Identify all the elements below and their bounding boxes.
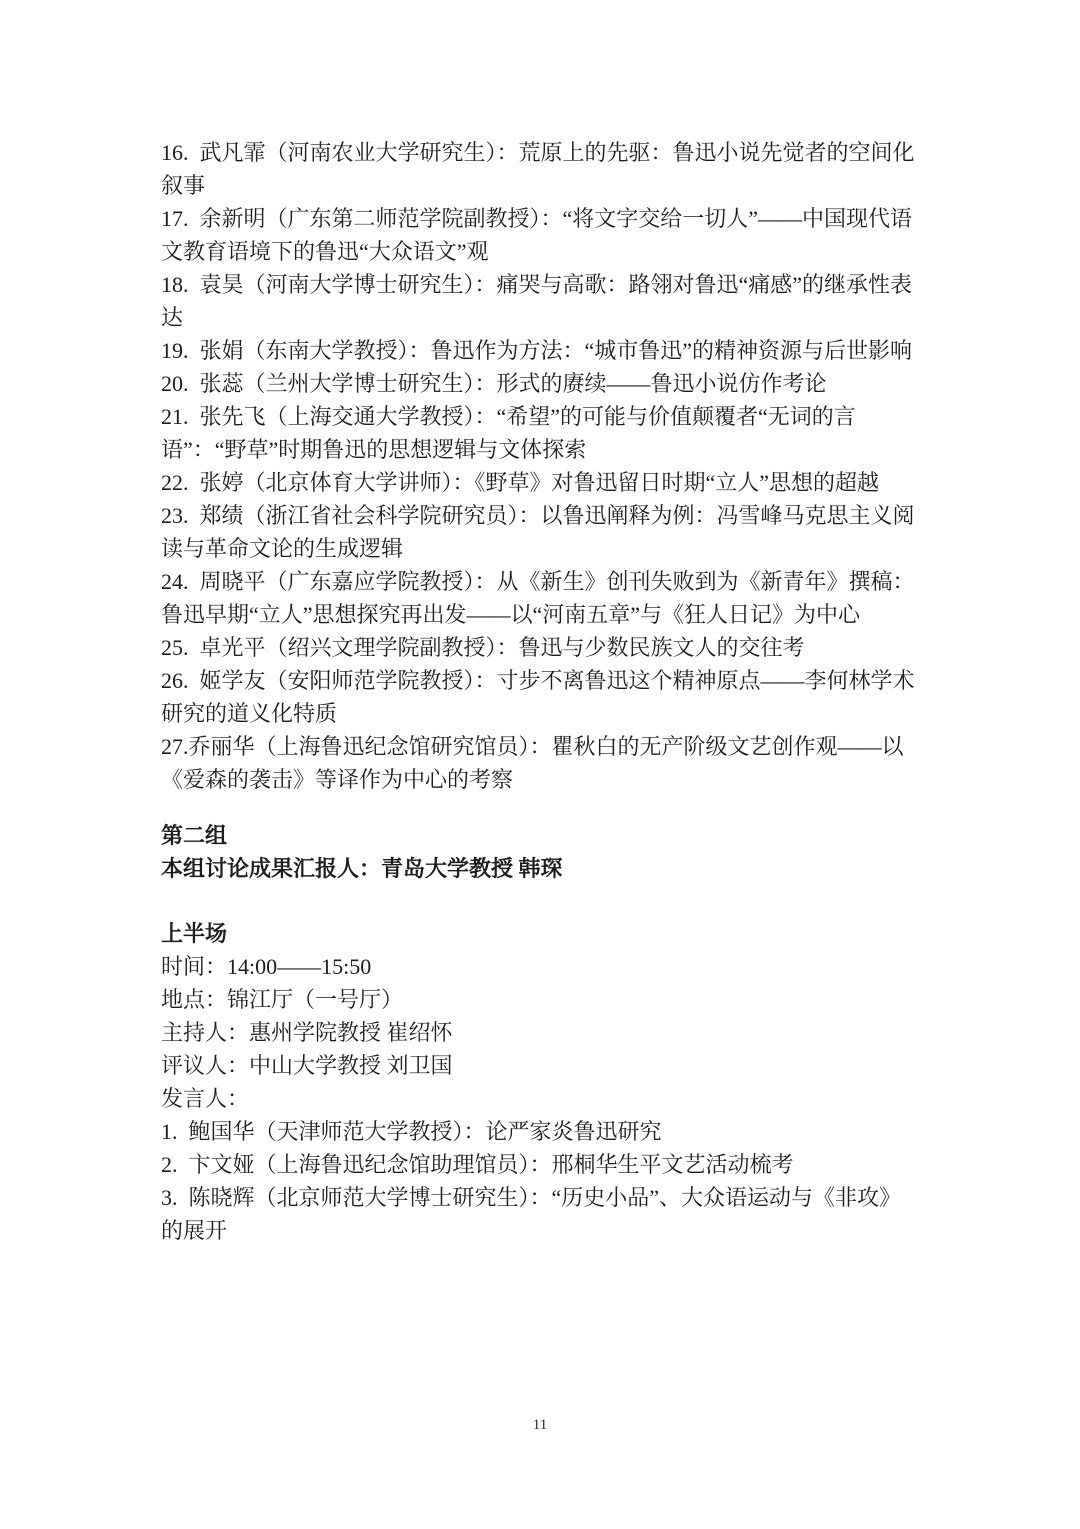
session-time: 时间：14:00——15:50 — [161, 950, 921, 983]
speaker-item-3: 3. 陈晓辉（北京师范大学博士研究生）：“历史小品”、大众语运动与《非攻》的展开 — [161, 1181, 921, 1247]
presentation-item-18: 18. 袁昊（河南大学博士研究生）：痛哭与高歌：路翎对鲁迅“痛感”的继承性表达 — [161, 268, 921, 334]
presentation-item-17: 17. 余新明（广东第二师范学院副教授）：“将文字交给一切人”——中国现代语文教… — [161, 202, 921, 268]
presentation-item-21: 21. 张先飞（上海交通大学教授）：“希望”的可能与价值颠覆者“无词的言语”：“… — [161, 400, 921, 466]
conference-program-page: 16. 武凡霏（河南农业大学研究生）：荒原上的先驱：鲁迅小说先觉者的空间化叙事 … — [0, 0, 1080, 1529]
presentation-item-23: 23. 郑绩（浙江省社会科学院研究员）：以鲁迅阐释为例：冯雪峰马克思主义阅读与革… — [161, 499, 921, 565]
presentation-item-25: 25. 卓光平（绍兴文理学院副教授）：鲁迅与少数民族文人的交往考 — [161, 631, 921, 664]
presentation-item-26: 26. 姬学友（安阳师范学院教授）：寸步不离鲁迅这个精神原点——李何林学术研究的… — [161, 664, 921, 730]
session-speakers-label: 发言人： — [161, 1082, 921, 1115]
presentation-item-16: 16. 武凡霏（河南农业大学研究生）：荒原上的先驱：鲁迅小说先觉者的空间化叙事 — [161, 136, 921, 202]
session-host: 主持人：惠州学院教授 崔绍怀 — [161, 1016, 921, 1049]
session-first-half-heading: 上半场 — [161, 917, 921, 950]
presentation-item-20: 20. 张蕊（兰州大学博士研究生）：形式的赓续——鲁迅小说仿作考论 — [161, 367, 921, 400]
session-location: 地点：锦江厅（一号厅） — [161, 983, 921, 1016]
speaker-item-1: 1. 鲍国华（天津师范大学教授）：论严家炎鲁迅研究 — [161, 1115, 921, 1148]
presentation-item-27: 27.乔丽华（上海鲁迅纪念馆研究馆员）：瞿秋白的无产阶级文艺创作观——以《爱森的… — [161, 730, 921, 796]
page-number: 11 — [0, 1415, 1080, 1435]
speaker-item-2: 2. 卞文娅（上海鲁迅纪念馆助理馆员）：邢桐华生平文艺活动梳考 — [161, 1148, 921, 1181]
group2-reporter-line: 本组讨论成果汇报人：青岛大学教授 韩琛 — [161, 852, 921, 885]
presentation-item-22: 22. 张婷（北京体育大学讲师）：《野草》对鲁迅留日时期“立人”思想的超越 — [161, 466, 921, 499]
group2-heading: 第二组 — [161, 819, 921, 852]
presentation-item-19: 19. 张娟（东南大学教授）：鲁迅作为方法：“城市鲁迅”的精神资源与后世影响 — [161, 334, 921, 367]
session-discussant: 评议人：中山大学教授 刘卫国 — [161, 1049, 921, 1082]
presentation-item-24: 24. 周晓平（广东嘉应学院教授）：从《新生》创刊失败到为《新青年》撰稿：鲁迅早… — [161, 565, 921, 631]
program-content: 16. 武凡霏（河南农业大学研究生）：荒原上的先驱：鲁迅小说先觉者的空间化叙事 … — [161, 136, 921, 1247]
